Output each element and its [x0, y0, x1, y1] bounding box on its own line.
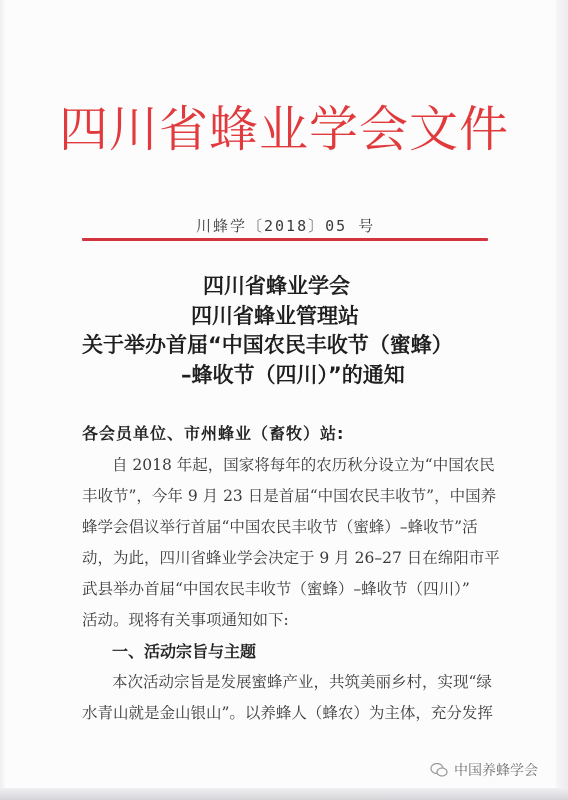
body-line: 动，为此，四川省蜂业学会决定于 9 月 26–27 日在绵阳市平	[82, 543, 500, 574]
red-divider-rule	[82, 238, 488, 241]
body-line: 武县举办首届“中国农民丰收节（蜜蜂）–蜂收节（四川）”	[82, 574, 470, 605]
body-line: 本次活动宗旨是发展蜜蜂产业，共筑美丽乡村，实现“绿	[112, 667, 492, 698]
salutation: 各会员单位、市州蜂业（畜牧）站:	[82, 418, 492, 449]
body-line: 蜂学会倡议举行首届“中国农民丰收节（蜜蜂）–蜂收节”活	[82, 512, 478, 543]
title-line-issuer-2: 四川省蜂业管理站	[191, 302, 359, 331]
title-line-subject-2: –蜂收节（四川）”的通知	[181, 361, 405, 390]
title-line-subject-1: 关于举办首届“中国农民丰收节（蜜蜂）	[82, 331, 453, 360]
document-number: 川蜂学〔2018〕05 号	[196, 215, 375, 236]
page-bottom-shadow	[0, 788, 568, 800]
body-line: 水青山就是金山银山”。以养蜂人（蜂农）为主体，充分发挥	[82, 698, 493, 729]
section-heading: 一、活动宗旨与主题	[112, 636, 256, 667]
body-line: 自 2018 年起，国家将每年的农历秋分设立为“中国农民	[112, 450, 495, 481]
source-watermark: 中国养蜂学会	[430, 760, 538, 780]
document-header-title: 四川省蜂业学会文件	[0, 100, 568, 160]
body-line: 丰收节”，今年 9 月 23 日是首届“中国农民丰收节”，中国养	[82, 481, 496, 512]
watermark-label: 中国养蜂学会	[454, 760, 538, 780]
wechat-icon	[430, 762, 448, 778]
title-line-issuer-1: 四川省蜂业学会	[203, 272, 350, 301]
body-line: 活动。现将有关事项通知如下:	[82, 605, 289, 636]
